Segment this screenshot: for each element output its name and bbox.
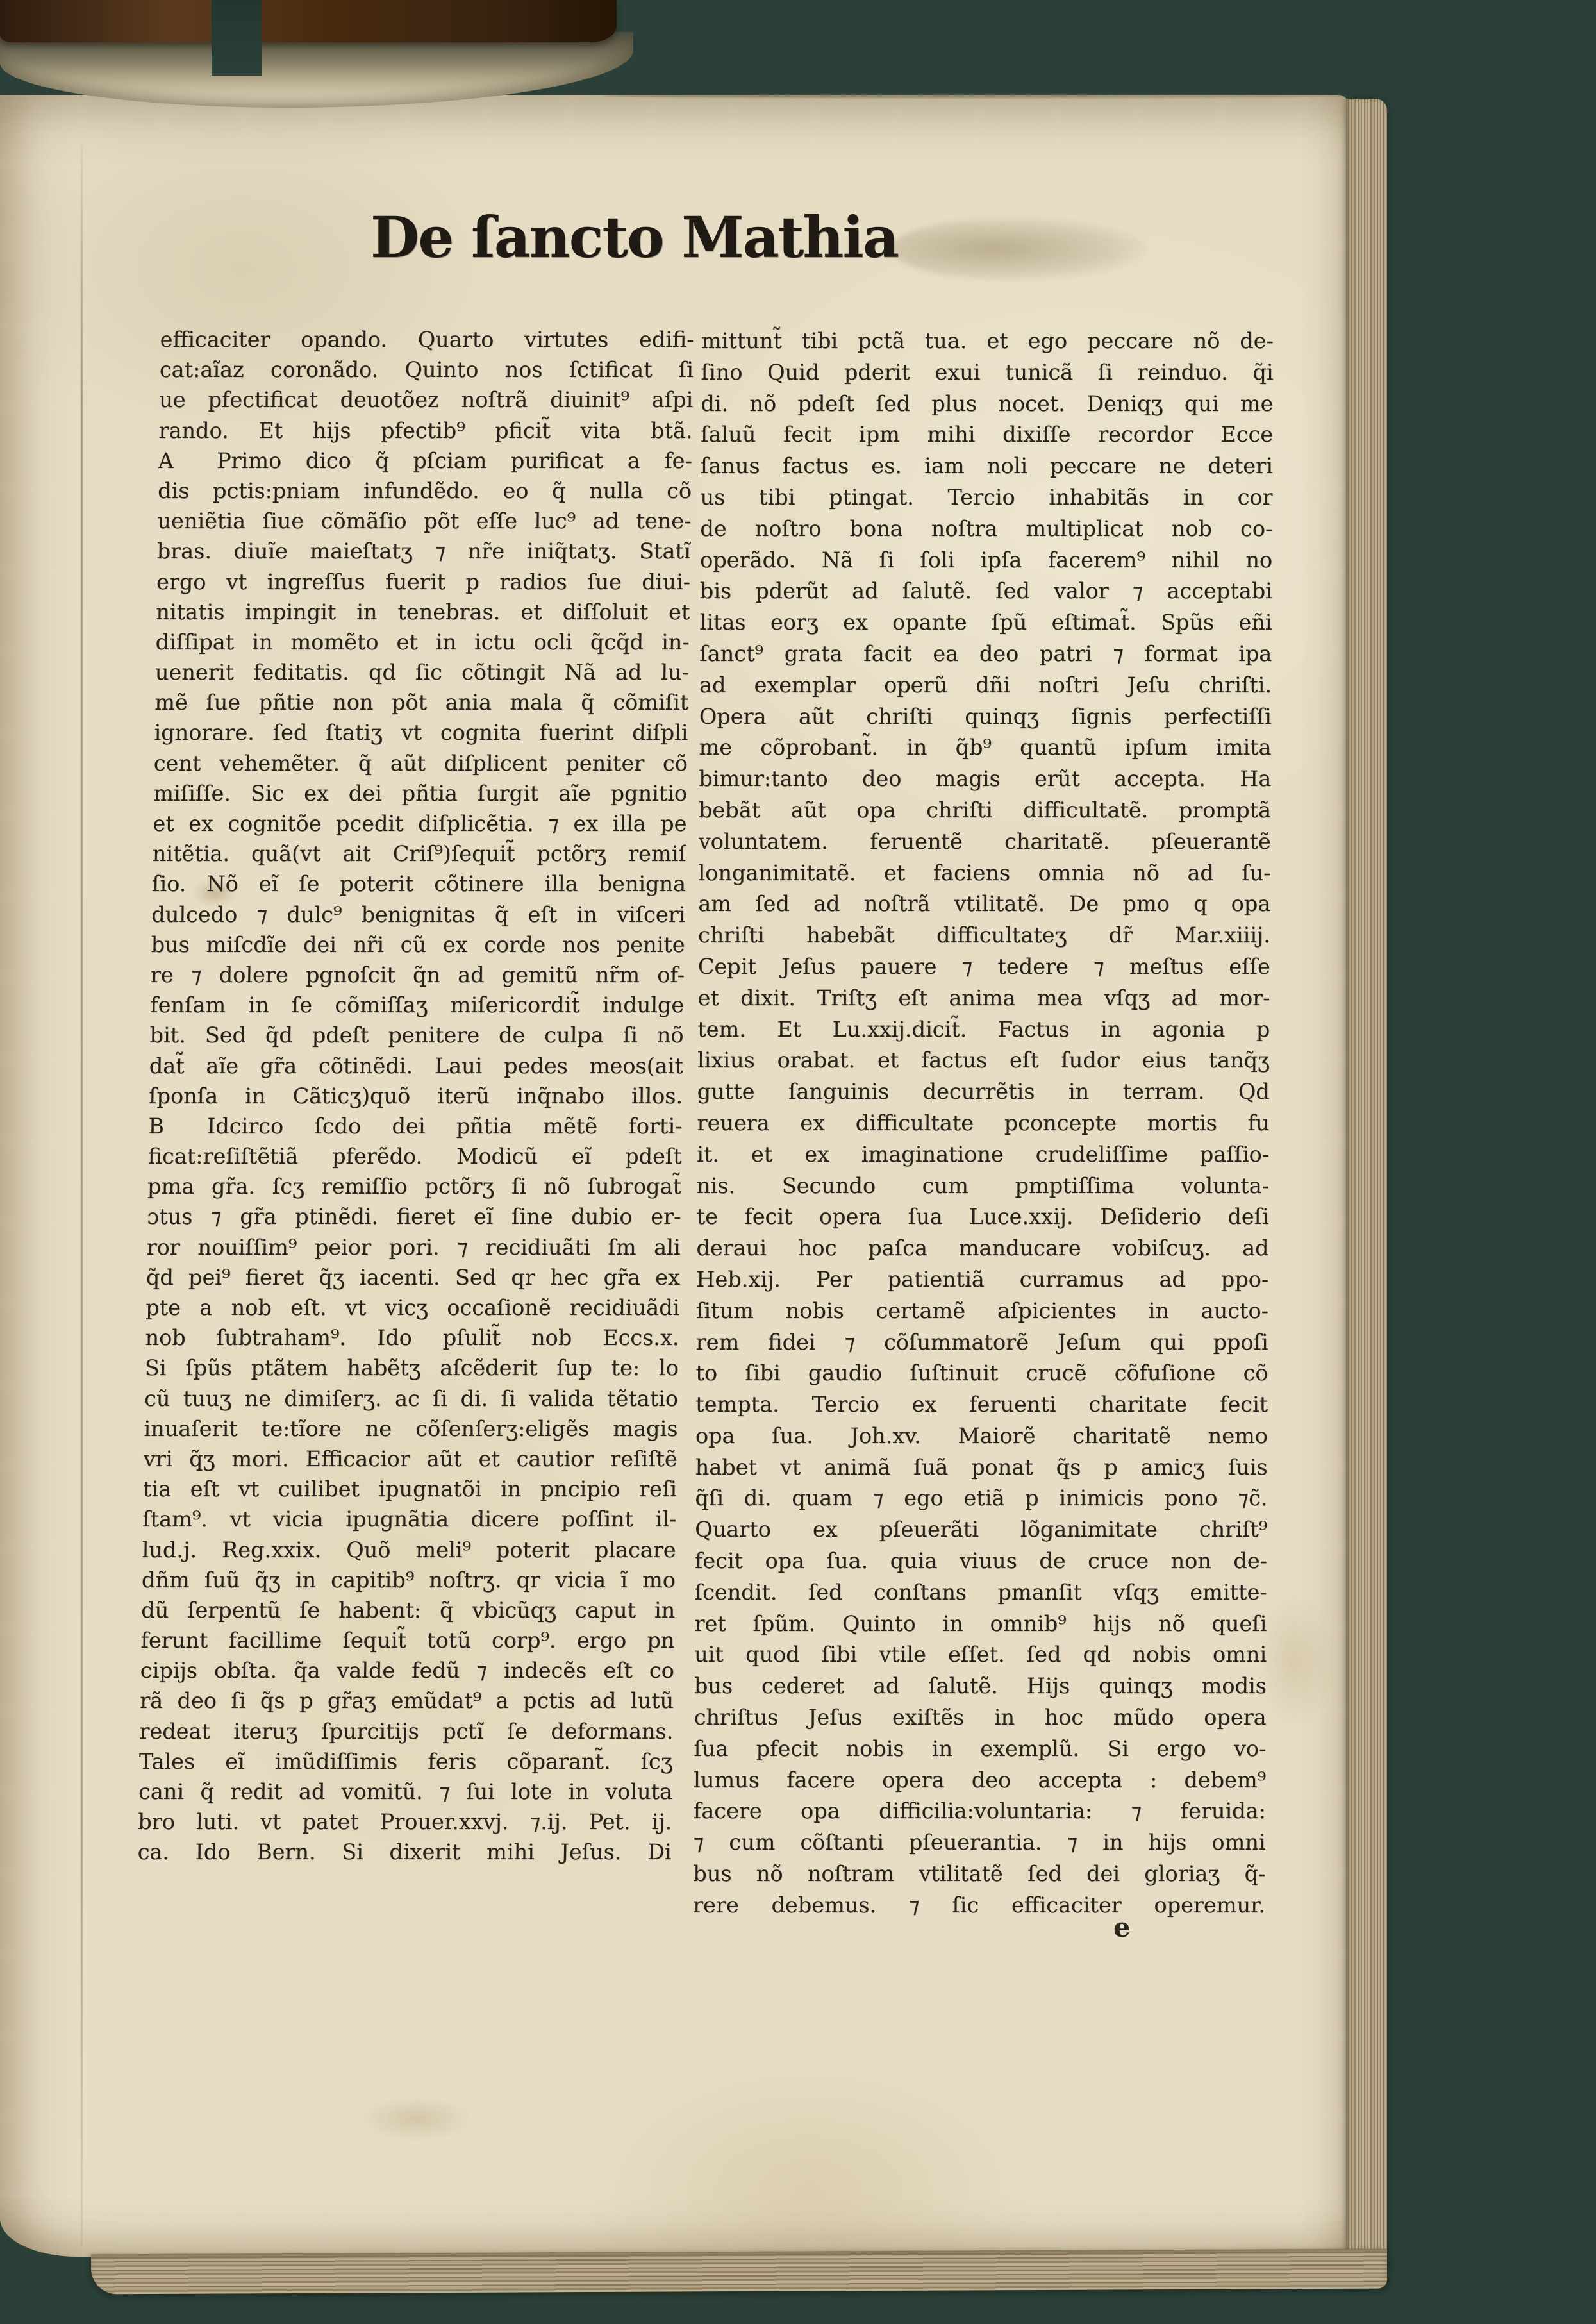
text-line: am ſed ad noſtrã vtilitatẽ. De pmo q opa (698, 889, 1270, 920)
text-line: reuera ex difficultate pconcepte mortis … (697, 1108, 1269, 1139)
text-line: tempta. Tercio ex feruenti charitate fec… (695, 1389, 1268, 1421)
text-line: di. nõ pdeſt ſed plus nocet. Deniqʒ qui … (701, 389, 1273, 420)
text-line: et ex cognitõe pcedit diſplicẽtia. ⁊ ex … (153, 808, 687, 839)
text-line: ſponſa in Cãticʒ)quõ iterũ inq̃nabo illo… (149, 1081, 683, 1111)
text-line: ſio. Nõ eĩ ſe poterit cõtinere illa beni… (152, 869, 686, 899)
text-column-right: mittunt̃ tibi pctã tua. et ego peccare n… (693, 326, 1274, 1921)
text-line: bit. Sed q̃d pdeſt penitere de culpa ſi … (149, 1020, 684, 1050)
text-line: ſua pfecit nobis in exemplũ. Si ergo vo- (694, 1734, 1266, 1765)
text-line: cat:aĩaz coronãdo. Quinto nos ſctificat … (160, 355, 694, 385)
text-line: voluntatem. feruentẽ charitatẽ. pſeueran… (699, 826, 1271, 858)
text-line: ret ſpũm. Quinto in omnib⁹ hijs nõ queſi (694, 1609, 1267, 1640)
text-line: efficaciter opando. Quarto virtutes edif… (160, 324, 694, 355)
text-line: Si ſpũs ptãtem habẽtʒ aſcẽderit ſup te: … (144, 1353, 679, 1383)
text-line: ſtam⁹. vt vicia ipugnãtia dicere poſſint… (142, 1504, 677, 1534)
text-line: cũ tuuʒ ne dimiſerʒ. ac ſi di. ſi valida… (144, 1384, 679, 1414)
text-line: facere opa difficilia:voluntaria: ⁊ feru… (694, 1796, 1266, 1827)
text-line: to ſibi gaudio ſuſtinuit crucẽ cõfuſione… (695, 1358, 1268, 1389)
text-line: rã deo ſi q̃s p gr̃aʒ emũdat⁹ a pctis ad… (140, 1685, 674, 1716)
text-line: chriſti habebãt difficultateʒ dr̃ Mar.xi… (698, 920, 1270, 951)
fore-edge-page-stack (1346, 99, 1387, 2284)
text-line: diſſipat in momẽto et in ictu ocli q̃cq̃… (155, 627, 690, 657)
signature-mark: e (1113, 1912, 1131, 1943)
text-line: bebãt aũt opa chriſti difficultatẽ. prom… (699, 795, 1271, 826)
text-line: opa ſua. Joh.xv. Maiorẽ charitatẽ nemo (695, 1421, 1268, 1452)
text-line: dũ ſerpentũ ſe habent: q̃ vbicũqʒ caput … (141, 1595, 676, 1625)
text-line: ca. Ido Bern. Si dixerit mihi Jeſus. Di (137, 1837, 672, 1867)
background-gap (212, 0, 262, 76)
text-line: dulcedo ⁊ dulc⁹ benignitas q̃ eſt in viſ… (151, 899, 686, 930)
text-line: gutte ſanguinis decurrẽtis in terram. Qd (697, 1076, 1270, 1108)
text-line: B Idcirco ſcdo dei pñtia mẽtẽ forti- (148, 1111, 683, 1141)
photo-scene: De ſancto Mathia efficaciter opando. Qua… (0, 0, 1596, 2324)
text-line: A Primo dico q̃ pſciam purificat a fe- (158, 446, 692, 476)
text-line: fecit opa ſua. quia viuus de cruce non d… (695, 1546, 1267, 1577)
text-line: ⁊ cum cõſtanti pſeuerantia. ⁊ in hijs om… (693, 1827, 1265, 1859)
text-line: dñm ſuũ q̃ʒ in capitib⁹ noſtrʒ. qr vicia… (142, 1565, 676, 1595)
text-line: rem fidei ⁊ cõſummatorẽ Jeſum qui ppoſi (696, 1327, 1268, 1358)
text-line: Cepit Jeſus pauere ⁊ tedere ⁊ meſtus eſſ… (698, 951, 1270, 983)
text-line: pte a nob eſt. vt vicʒ occaſionẽ recidiu… (145, 1292, 680, 1323)
text-line: tem. Et Lu.xxij.dicit̃. Factus in agonia… (697, 1014, 1270, 1046)
text-line: Tales eĩ imũdiſſimis feris cõparant̃. ſc… (138, 1746, 673, 1776)
text-line: ror nouiſſim⁹ peior pori. ⁊ recidiuãti ſ… (146, 1232, 681, 1262)
text-line: mẽ ſue pñtie non põt ania mala q̃ cõmiſi… (154, 687, 689, 717)
text-line: bus cederet ad ſalutẽ. Hijs quinqʒ modis (694, 1671, 1267, 1702)
text-line: Quarto ex pſeuerãti lõganimitate chriſt⁹ (695, 1514, 1267, 1546)
text-line: vri q̃ʒ mori. Efficacior aũt et cautior … (143, 1444, 677, 1474)
text-line: bras. diuĩe maieſtatʒ ⁊ nr̃e iniq̃tatʒ. … (156, 536, 691, 566)
page-crease-line (81, 144, 83, 2247)
text-line: nitẽtia. quã(vt ait Criſ⁹)ſequit̃ pctõrʒ… (152, 839, 686, 869)
text-line: operãdo. Nã ſi ſoli ipſa facerem⁹ nihil … (700, 545, 1272, 576)
text-line: pma gr̃a. ſcʒ remiſſio pctõrʒ ſi nõ ſubr… (147, 1171, 682, 1201)
text-line: rere debemus. ⁊ ſic efficaciter operemur… (693, 1890, 1265, 1921)
text-line: uit quod ſibi vtile eſſet. ſed qd nobis … (694, 1639, 1267, 1671)
text-line: ue pfectificat deuotõez noſtrã diuinit⁹ … (159, 385, 694, 415)
text-line: me cõprobant̃. in q̃b⁹ quantũ ipſum imit… (699, 732, 1271, 764)
text-line: ficat:reſiſtẽtiã pferẽdo. Modicũ eĩ pdeſ… (147, 1141, 682, 1171)
text-line: et dixit. Triſtʒ eſt anima mea vſqʒ ad m… (697, 983, 1270, 1014)
text-line: nis. Secundo cum pmptiſſima volunta- (697, 1171, 1269, 1202)
text-line: ergo vt ingreſſus fuerit p radios ſue di… (156, 567, 691, 597)
text-line: chriſtus Jeſus exiſtẽs in hoc mũdo opera (694, 1702, 1267, 1734)
page-top-edge-shadow (603, 94, 1352, 98)
text-line: tia eſt vt cuilibet ipugnatõi in pncipio… (143, 1474, 677, 1504)
text-line: Heb.xij. Per patientiã curramus ad ppo- (696, 1264, 1268, 1296)
text-line: ſcendit. ſed conſtans pmanſit vſqʒ emitt… (695, 1577, 1267, 1609)
text-line: it. et ex imaginatione crudeliſſime paſſ… (697, 1139, 1269, 1171)
text-line: bro luti. vt patet Prouer.xxvj. ⁊.ij. Pe… (138, 1807, 672, 1837)
text-line: te fecit opera ſua Luce.xxij. Deſiderio … (697, 1201, 1269, 1233)
text-line: nitatis impingit in tenebras. et diſſolu… (156, 597, 690, 627)
text-line: ɔtus ⁊ gr̃a ptinẽdi. fieret eĩ ſine dubi… (147, 1201, 681, 1232)
text-line: cipijs obſta. q̃a valde fedũ ⁊ indecẽs e… (140, 1655, 674, 1685)
text-line: bis pderũt ad ſalutẽ. ſed valor ⁊ accept… (700, 576, 1272, 607)
text-line: ignorare. ſed ſtatiʒ vt cognita fuerint … (154, 717, 688, 748)
text-line: lud.j. Reg.xxix. Quõ meli⁹ poterit placa… (142, 1535, 676, 1565)
text-line: us tibi ptingat. Tercio inhabitãs in cor (700, 482, 1272, 514)
text-line: cani q̃ redit ad vomitũ. ⁊ ſui lote in v… (138, 1776, 673, 1807)
spine-leather-headcap (0, 0, 617, 42)
text-line: inuaſerit te:tĩore ne cõſenſerʒ:eligẽs m… (144, 1414, 678, 1444)
text-line: re ⁊ dolere pgnoſcit q̃n ad gemitũ nr̃m … (151, 960, 685, 990)
text-line: dat̃ aĩe gr̃a cõtinẽdi. Laui pedes meos(… (149, 1051, 683, 1081)
text-column-left: efficaciter opando. Quarto virtutes edif… (137, 324, 694, 1868)
text-line: ſaluũ fecit ipm mihi dixiſſe recordor Ec… (701, 419, 1273, 451)
text-line: ferunt facillime ſequit̃ totũ corp⁹. erg… (140, 1625, 675, 1655)
text-line: habet vt animã ſuã ponat q̃s p amicʒ ſui… (695, 1452, 1268, 1484)
text-line: q̃ſi di. quam ⁊ ego etiã p inimicis pono… (695, 1483, 1267, 1514)
text-line: deraui hoc paſca manducare vobiſcuʒ. ad (696, 1233, 1268, 1264)
text-line: ad exemplar operũ dñi noſtri Jeſu chriſt… (699, 670, 1272, 701)
text-line: lixius orabat. et factus eſt ſudor eius … (697, 1045, 1270, 1076)
text-line: uenerit feditatis. qd ſic cõtingit Nã ad… (155, 657, 690, 687)
text-line: ueniẽtia ſiue cõmãſio põt eſſe luc⁹ ad t… (157, 506, 692, 536)
text-line: ſitum nobis certamẽ aſpicientes in aucto… (696, 1296, 1268, 1327)
text-line: fenſam in ſe cõmiſſaʒ miſericordit̃ indu… (150, 990, 685, 1020)
text-line: q̃d pei⁹ fieret q̃ʒ iacenti. Sed qr hec … (146, 1262, 681, 1292)
text-line: miſiſſe. Sic ex dei pñtia ſurgit aĩe pgn… (153, 778, 688, 808)
text-line: redeat iteruʒ ſpurcitijs pctĩ ſe deforma… (139, 1716, 674, 1746)
page-heading: De ſancto Mathia (370, 204, 898, 271)
text-line: rando. Et hijs pfectib⁹ pficit̃ vita btã… (158, 415, 693, 446)
text-line: bimur:tanto deo magis erũt accepta. Ha (699, 764, 1271, 795)
text-line: ſino Quid pderit exui tunicã ſi reinduo.… (701, 357, 1273, 389)
text-line: longanimitatẽ. et faciens omnia nõ ad ſu… (698, 858, 1270, 889)
text-line: mittunt̃ tibi pctã tua. et ego peccare n… (701, 326, 1274, 357)
text-line: nob ſubtraham⁹. Ido pſulit̃ nob Eccs.x. (145, 1323, 679, 1353)
text-line: litas eorʒ ex opante ſpũ eſtimat̃. Spũs … (699, 607, 1272, 639)
text-line: bus nõ noſtram vtilitatẽ ſed dei gloriaʒ… (693, 1859, 1265, 1890)
text-line: Opera aũt chriſti quinqʒ ſignis perfecti… (699, 701, 1272, 733)
text-line: lumus facere opera deo accepta : debem⁹ (694, 1765, 1266, 1796)
text-line: ſanus factus es. iam noli peccare ne det… (701, 451, 1273, 482)
text-line: cent vehemẽter. q̃ aũt diſplicent penite… (153, 748, 688, 778)
text-line: dis pctis:pniam infundẽdo. eo q̃ nulla c… (158, 476, 692, 506)
bottom-page-stack (91, 2249, 1387, 2295)
text-line: bus miſcdĩe dei nr̃i cũ ex corde nos pen… (151, 930, 685, 960)
text-line: ſanct⁹ grata facit ea deo patri ⁊ format… (699, 639, 1272, 670)
text-line: de noſtro bona noſtra multiplicat nob co… (700, 514, 1272, 545)
